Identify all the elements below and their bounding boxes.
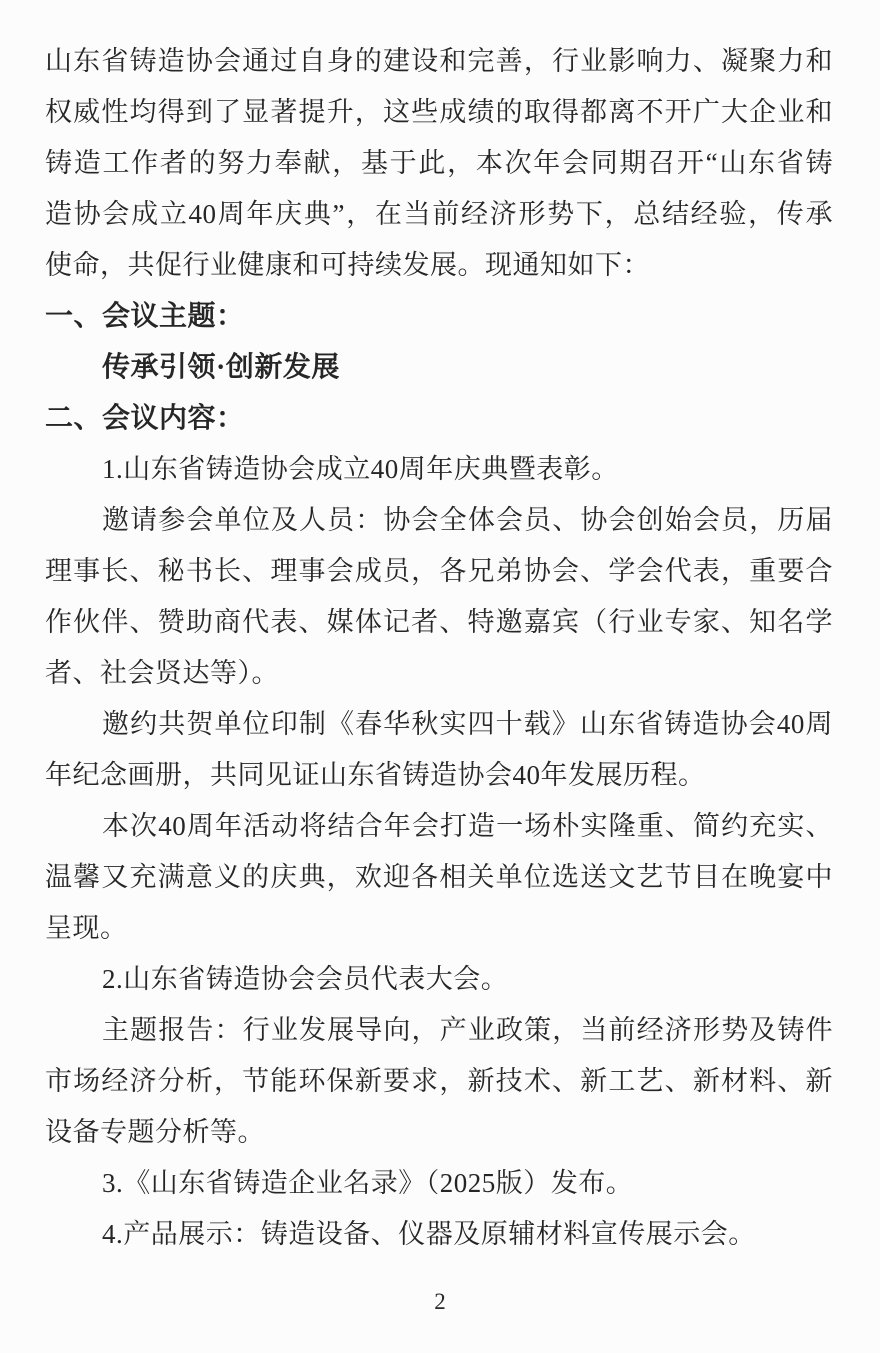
paragraph-line: 铸造工作者的努力奉献，基于此，本次年会同期召开“山东省铸 bbox=[45, 138, 833, 189]
paragraph-line: 邀请参会单位及人员：协会全体会员、协会创始会员，历届 bbox=[45, 495, 833, 546]
list-item-1: 1.山东省铸造协会成立40周年庆典暨表彰。 bbox=[45, 444, 833, 495]
paragraph-line: 呈现。 bbox=[45, 903, 833, 954]
paragraph-line: 主题报告：行业发展导向，产业政策，当前经济形势及铸件 bbox=[45, 1005, 833, 1056]
list-item-4: 4.产品展示：铸造设备、仪器及原辅材料宣传展示会。 bbox=[45, 1209, 833, 1260]
page-number: 2 bbox=[0, 1282, 880, 1322]
paragraph-line: 设备专题分析等。 bbox=[45, 1107, 833, 1158]
paragraph-line: 年纪念画册，共同见证山东省铸造协会40年发展历程。 bbox=[45, 750, 833, 801]
paragraph-line: 造协会成立40周年庆典”，在当前经济形势下，总结经验，传承 bbox=[45, 189, 833, 240]
paragraph-line: 邀约共贺单位印制《春华秋实四十载》山东省铸造协会40周 bbox=[45, 699, 833, 750]
list-item-3: 3.《山东省铸造企业名录》（2025版）发布。 bbox=[45, 1158, 833, 1209]
paragraph-line: 权威性均得到了显著提升，这些成绩的取得都离不开广大企业和 bbox=[45, 87, 833, 138]
list-item-2: 2.山东省铸造协会会员代表大会。 bbox=[45, 954, 833, 1005]
paragraph-line: 者、社会贤达等）。 bbox=[45, 648, 833, 699]
paragraph-line: 温馨又充满意义的庆典，欢迎各相关单位选送文艺节目在晚宴中 bbox=[45, 852, 833, 903]
meeting-theme: 传承引领·创新发展 bbox=[45, 342, 833, 393]
paragraph-line: 作伙伴、赞助商代表、媒体记者、特邀嘉宾（行业专家、知名学 bbox=[45, 597, 833, 648]
paragraph-line: 本次40周年活动将结合年会打造一场朴实隆重、简约充实、 bbox=[45, 801, 833, 852]
document-body: 山东省铸造协会通过自身的建设和完善，行业影响力、凝聚力和 权威性均得到了显著提升… bbox=[0, 0, 880, 1260]
section-heading-content: 二、会议内容： bbox=[45, 393, 833, 444]
section-heading-topic: 一、会议主题： bbox=[45, 291, 833, 342]
paragraph-line: 理事长、秘书长、理事会成员，各兄弟协会、学会代表，重要合 bbox=[45, 546, 833, 597]
document-page: 山东省铸造协会通过自身的建设和完善，行业影响力、凝聚力和 权威性均得到了显著提升… bbox=[0, 0, 880, 1353]
paragraph-line: 山东省铸造协会通过自身的建设和完善，行业影响力、凝聚力和 bbox=[45, 36, 833, 87]
paragraph-line: 市场经济分析，节能环保新要求，新技术、新工艺、新材料、新 bbox=[45, 1056, 833, 1107]
paragraph-line: 使命，共促行业健康和可持续发展。现通知如下： bbox=[45, 240, 833, 291]
